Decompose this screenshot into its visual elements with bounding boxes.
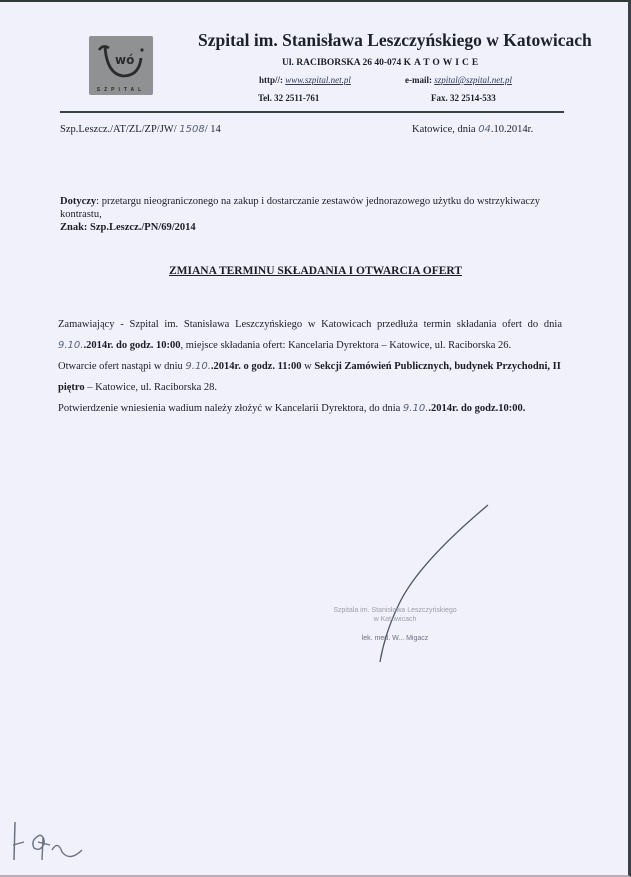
document-page: wó SZPITAL Szpital im. Stanisława Leszcz… [0, 0, 631, 877]
handwritten-initials-icon [0, 2, 631, 877]
